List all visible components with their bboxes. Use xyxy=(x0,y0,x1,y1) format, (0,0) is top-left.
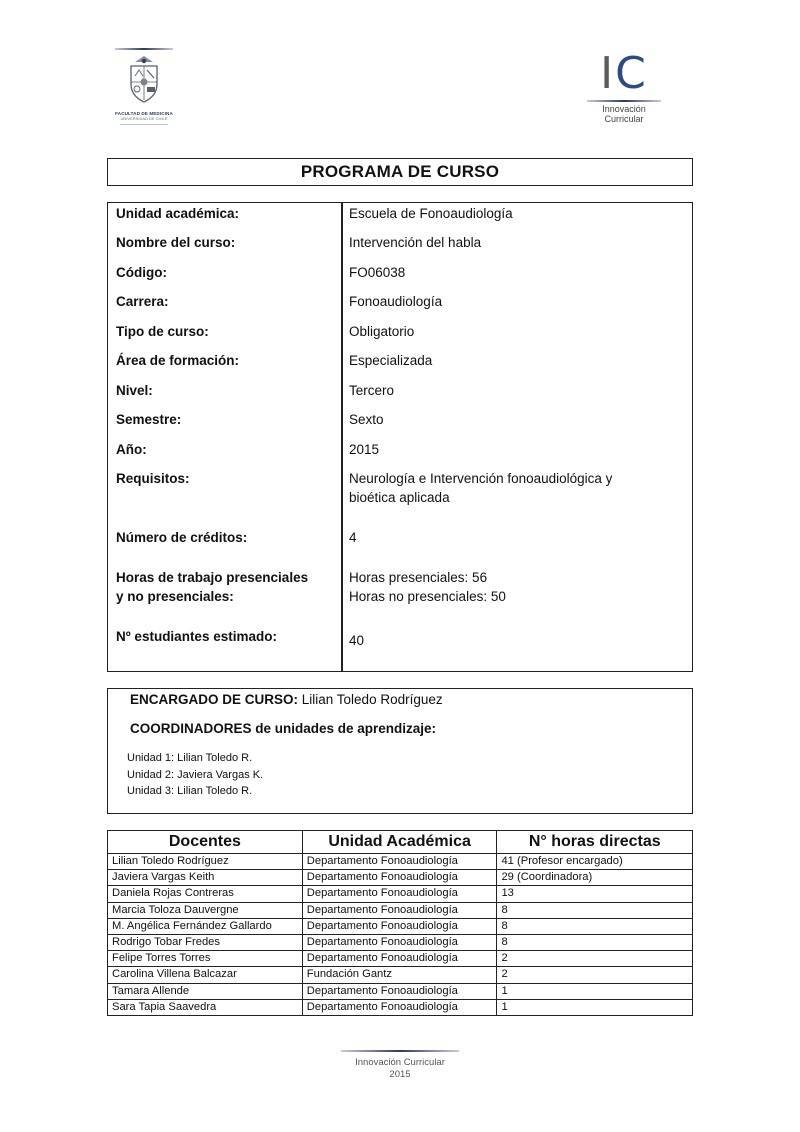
docente-horas: 1 xyxy=(497,983,693,999)
docente-name: Marcia Toloza Dauvergne xyxy=(108,902,303,918)
docente-name: Javiera Vargas Keith xyxy=(108,870,303,886)
info-value: Sexto xyxy=(349,410,679,429)
info-label: Semestre: xyxy=(116,410,336,429)
docente-horas: 8 xyxy=(497,918,693,934)
footer-year: 2015 xyxy=(340,1069,460,1081)
info-label: Año: xyxy=(116,440,336,459)
docente-horas: 41 (Profesor encargado) xyxy=(497,854,693,870)
docente-horas: 29 (Coordinadora) xyxy=(497,870,693,886)
docente-unidad: Departamento Fonoaudiología xyxy=(302,870,497,886)
docente-horas: 2 xyxy=(497,951,693,967)
info-value: Horas presenciales: 56 Horas no presenci… xyxy=(349,568,679,606)
docente-horas: 8 xyxy=(497,902,693,918)
logo-divider xyxy=(115,48,173,50)
ic-letter-i: I xyxy=(600,48,615,99)
encargado-line: ENCARGADO DE CURSO: Lilian Toledo Rodríg… xyxy=(130,692,443,707)
faculty-crest-icon xyxy=(126,54,162,104)
info-value: FO06038 xyxy=(349,263,679,282)
footer-divider xyxy=(341,1050,459,1052)
docente-unidad: Departamento Fonoaudiología xyxy=(302,854,497,870)
course-info-table: Unidad académica: Escuela de Fonoaudiolo… xyxy=(107,202,693,672)
docente-horas: 2 xyxy=(497,967,693,983)
column-header-horas: N° horas directas xyxy=(497,831,693,854)
course-staff-box: ENCARGADO DE CURSO: Lilian Toledo Rodríg… xyxy=(107,688,693,814)
table-row: Sara Tapia Saavedra Departamento Fonoaud… xyxy=(108,999,693,1015)
table-header-row: Docentes Unidad Académica N° horas direc… xyxy=(108,831,693,854)
document-title-box: PROGRAMA DE CURSO xyxy=(107,158,693,186)
innovacion-curricular-logo: IC Innovación Curricular xyxy=(586,52,662,134)
ic-text-line1: Innovación xyxy=(586,104,662,114)
info-value: 2015 xyxy=(349,440,679,459)
table-row: Marcia Toloza Dauvergne Departamento Fon… xyxy=(108,902,693,918)
info-value: Intervención del habla xyxy=(349,233,679,252)
ic-letter-c: C xyxy=(615,48,648,99)
info-label: Carrera: xyxy=(116,292,336,311)
encargado-name: Lilian Toledo Rodríguez xyxy=(298,692,443,707)
coordinador-item: Unidad 1: Lilian Toledo R. xyxy=(127,750,263,767)
docente-horas: 8 xyxy=(497,934,693,950)
coordinadores-list: Unidad 1: Lilian Toledo R. Unidad 2: Jav… xyxy=(127,750,263,800)
ic-monogram: IC xyxy=(586,52,662,96)
info-value-line: Horas no presenciales: 50 xyxy=(349,587,679,606)
info-value: 4 xyxy=(349,528,679,547)
table-row: Lilian Toledo Rodríguez Departamento Fon… xyxy=(108,854,693,870)
docente-name: Sara Tapia Saavedra xyxy=(108,999,303,1015)
info-value: Especializada xyxy=(349,351,679,370)
info-label: Área de formación: xyxy=(116,351,336,370)
info-value: Tercero xyxy=(349,381,679,400)
coordinador-item: Unidad 3: Lilian Toledo R. xyxy=(127,783,263,800)
info-label: Unidad académica: xyxy=(116,204,336,223)
column-divider xyxy=(341,203,343,671)
logo-divider xyxy=(120,124,168,125)
docente-unidad: Departamento Fonoaudiología xyxy=(302,999,497,1015)
table-row: Tamara Allende Departamento Fonoaudiolog… xyxy=(108,983,693,999)
info-label: Nº estudiantes estimado: xyxy=(116,627,336,646)
info-label: Nivel: xyxy=(116,381,336,400)
column-header-docentes: Docentes xyxy=(108,831,303,854)
university-name: UNIVERSIDAD DE CHILE xyxy=(112,116,176,121)
docente-unidad: Departamento Fonoaudiología xyxy=(302,983,497,999)
info-value-line: Neurología e Intervención fonoaudiológic… xyxy=(349,469,679,488)
info-label-line: Horas de trabajo presenciales xyxy=(116,568,336,587)
info-label: Tipo de curso: xyxy=(116,322,336,341)
docente-unidad: Fundación Gantz xyxy=(302,967,497,983)
info-value-line: bioética aplicada xyxy=(349,488,679,507)
info-value-line: Horas presenciales: 56 xyxy=(349,568,679,587)
page-footer: Innovación Curricular 2015 xyxy=(340,1050,460,1081)
table-row: Rodrigo Tobar Fredes Departamento Fonoau… xyxy=(108,934,693,950)
docente-unidad: Departamento Fonoaudiología xyxy=(302,918,497,934)
table-row: M. Angélica Fernández Gallardo Departame… xyxy=(108,918,693,934)
coordinador-item: Unidad 2: Javiera Vargas K. xyxy=(127,767,263,784)
info-label: Nombre del curso: xyxy=(116,233,336,252)
document-title: PROGRAMA DE CURSO xyxy=(301,162,499,182)
docente-name: Carolina Villena Balcazar xyxy=(108,967,303,983)
logo-divider xyxy=(587,100,661,102)
table-row: Daniela Rojas Contreras Departamento Fon… xyxy=(108,886,693,902)
info-value: Escuela de Fonoaudiología xyxy=(349,204,679,223)
docente-name: Lilian Toledo Rodríguez xyxy=(108,854,303,870)
footer-text: Innovación Curricular xyxy=(340,1057,460,1069)
info-label-line: y no presenciales: xyxy=(116,587,336,606)
docente-unidad: Departamento Fonoaudiología xyxy=(302,934,497,950)
info-label: Requisitos: xyxy=(116,469,336,488)
info-value: 40 xyxy=(349,631,679,650)
docente-name: Rodrigo Tobar Fredes xyxy=(108,934,303,950)
docente-horas: 1 xyxy=(497,999,693,1015)
docente-unidad: Departamento Fonoaudiología xyxy=(302,951,497,967)
column-header-unidad: Unidad Académica xyxy=(302,831,497,854)
table-row: Carolina Villena Balcazar Fundación Gant… xyxy=(108,967,693,983)
docente-name: Felipe Torres Torres xyxy=(108,951,303,967)
table-row: Felipe Torres Torres Departamento Fonoau… xyxy=(108,951,693,967)
table-row: Javiera Vargas Keith Departamento Fonoau… xyxy=(108,870,693,886)
info-value: Neurología e Intervención fonoaudiológic… xyxy=(349,469,679,507)
docente-unidad: Departamento Fonoaudiología xyxy=(302,886,497,902)
info-value: Obligatorio xyxy=(349,322,679,341)
docente-unidad: Departamento Fonoaudiología xyxy=(302,902,497,918)
docente-horas: 13 xyxy=(497,886,693,902)
docentes-table: Docentes Unidad Académica N° horas direc… xyxy=(107,830,693,1016)
faculty-logo: FACULTAD DE MEDICINA UNIVERSIDAD DE CHIL… xyxy=(112,48,176,140)
info-label: Horas de trabajo presenciales y no prese… xyxy=(116,568,336,606)
docente-name: Daniela Rojas Contreras xyxy=(108,886,303,902)
coordinadores-label: COORDINADORES de unidades de aprendizaje… xyxy=(130,721,436,736)
encargado-label: ENCARGADO DE CURSO: xyxy=(130,692,298,707)
info-label: Código: xyxy=(116,263,336,282)
docente-name: Tamara Allende xyxy=(108,983,303,999)
info-label: Número de créditos: xyxy=(116,528,336,547)
docente-name: M. Angélica Fernández Gallardo xyxy=(108,918,303,934)
ic-text-line2: Curricular xyxy=(586,114,662,124)
info-value: Fonoaudiología xyxy=(349,292,679,311)
